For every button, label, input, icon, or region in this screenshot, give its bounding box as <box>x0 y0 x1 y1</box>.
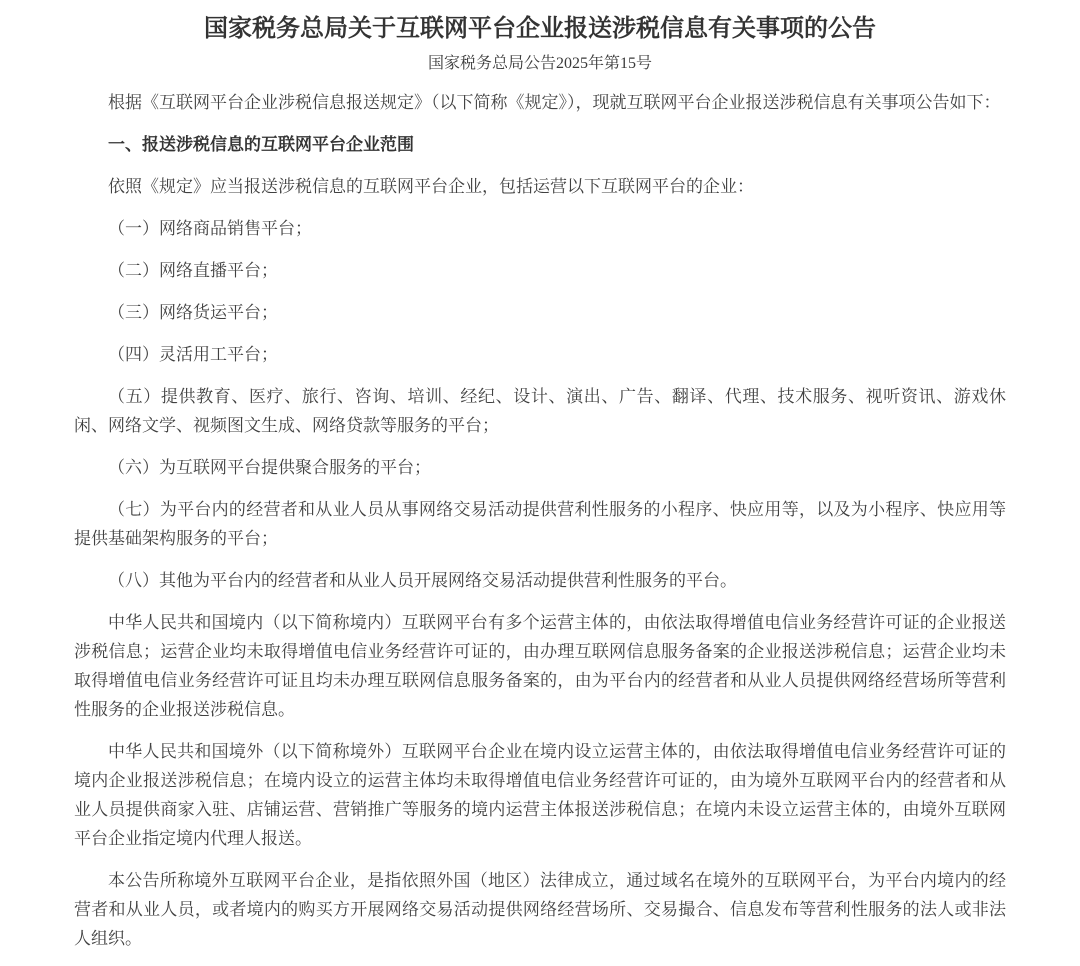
paragraph: 根据《互联网平台企业涉税信息报送规定》（以下简称《规定》），现就互联网平台企业报… <box>74 88 1006 117</box>
paragraph: 依照《规定》应当报送涉税信息的互联网平台企业，包括运营以下互联网平台的企业： <box>74 172 1006 201</box>
paragraph: （八）其他为平台内的经营者和从业人员开展网络交易活动提供营利性服务的平台。 <box>74 566 1006 595</box>
paragraph: （一）网络商品销售平台； <box>74 214 1006 243</box>
paragraph: （五）提供教育、医疗、旅行、咨询、培训、经纪、设计、演出、广告、翻译、代理、技术… <box>74 382 1006 440</box>
paragraph: （三）网络货运平台； <box>74 298 1006 327</box>
document-content: 国家税务总局关于互联网平台企业报送涉税信息有关事项的公告 国家税务总局公告202… <box>0 14 1080 953</box>
paragraph: 本公告所称境外互联网平台企业，是指依照外国（地区）法律成立，通过域名在境外的互联… <box>74 866 1006 953</box>
paragraph: （六）为互联网平台提供聚合服务的平台； <box>74 453 1006 482</box>
document-title: 国家税务总局关于互联网平台企业报送涉税信息有关事项的公告 <box>74 14 1006 44</box>
document-body: 根据《互联网平台企业涉税信息报送规定》（以下简称《规定》），现就互联网平台企业报… <box>74 88 1006 953</box>
paragraph: 中华人民共和国境外（以下简称境外）互联网平台企业在境内设立运营主体的，由依法取得… <box>74 737 1006 853</box>
paragraph: （四）灵活用工平台； <box>74 340 1006 369</box>
paragraph: 中华人民共和国境内（以下简称境内）互联网平台有多个运营主体的，由依法取得增值电信… <box>74 608 1006 724</box>
document-number: 国家税务总局公告2025年第15号 <box>74 54 1006 74</box>
section-heading: 一、报送涉税信息的互联网平台企业范围 <box>74 130 1006 159</box>
announcement-page: 国家税务总局关于互联网平台企业报送涉税信息有关事项的公告 国家税务总局公告202… <box>0 0 1080 966</box>
paragraph: （二）网络直播平台； <box>74 256 1006 285</box>
paragraph: （七）为平台内的经营者和从业人员从事网络交易活动提供营利性服务的小程序、快应用等… <box>74 495 1006 553</box>
